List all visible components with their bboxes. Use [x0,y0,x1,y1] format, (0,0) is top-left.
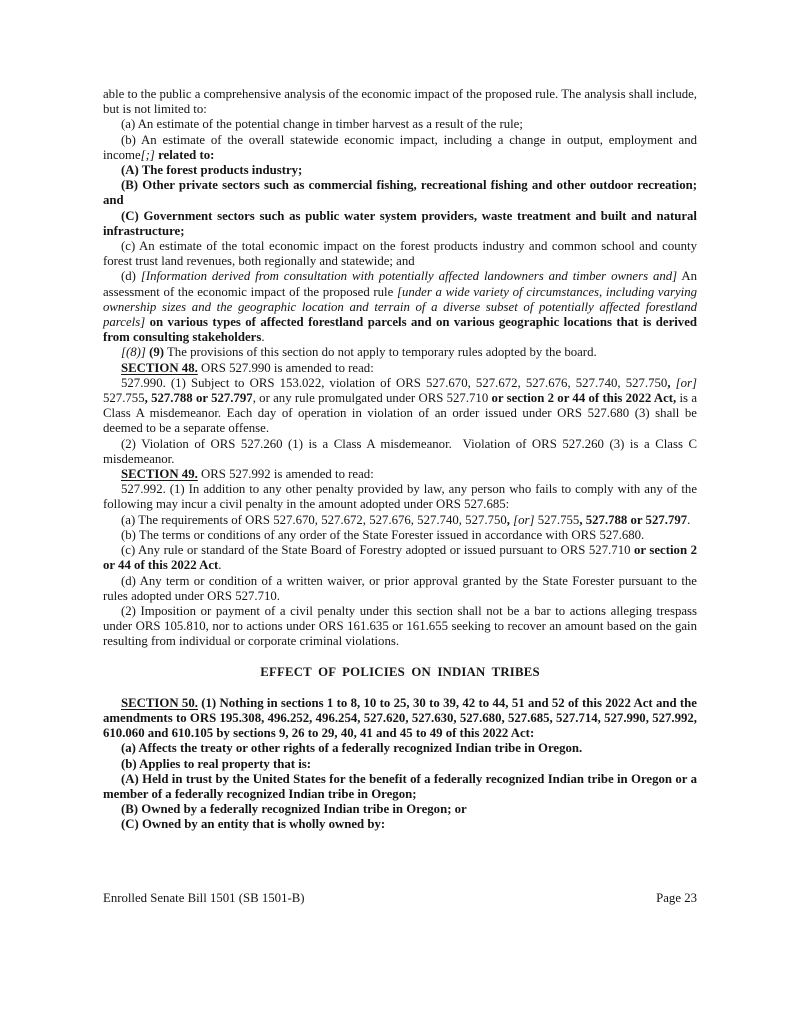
text-segment: 527.755 [103,391,145,405]
text-segment: (B) Owned by a federally recognized Indi… [121,802,467,816]
text-segment: ORS 527.992 is amended to read: [198,467,374,481]
paragraph: (b) The terms or conditions of any order… [103,528,697,543]
text-segment: (a) Affects the treaty or other rights o… [121,741,582,755]
paragraph: (c) Any rule or standard of the State Bo… [103,543,697,573]
text-segment: [or] [676,376,697,390]
paragraph: 527.990. (1) Subject to ORS 153.022, vio… [103,376,697,437]
text-segment: SECTION 50. [121,696,198,710]
text-segment: . [261,330,264,344]
text-segment: related to: [158,148,214,162]
paragraph: (a) An estimate of the potential change … [103,117,697,132]
text-segment: (a) An estimate of the potential change … [121,117,523,131]
bill-page: able to the public a comprehensive analy… [0,0,800,1035]
paragraph: (c) An estimate of the total economic im… [103,239,697,269]
text-segment: The provisions of this section do not ap… [164,345,597,359]
paragraph: (2) Imposition or payment of a civil pen… [103,604,697,650]
paragraph: (B) Owned by a federally recognized Indi… [103,802,697,817]
text-segment: on various types of affected forestland … [103,315,697,344]
text-segment: SECTION 49. [121,467,198,481]
text-segment: [(8)] [121,345,146,359]
text-segment: , or any rule promulgated under ORS 527.… [253,391,492,405]
paragraph: able to the public a comprehensive analy… [103,87,697,117]
text-segment: (c) Any rule or standard of the State Bo… [121,543,634,557]
text-segment: 527.990. (1) Subject to ORS 153.022, vio… [121,376,667,390]
text-segment: , 527.788 or 527.797 [145,391,253,405]
paragraph: SECTION 50. (1) Nothing in sections 1 to… [103,696,697,742]
text-segment: (C) Government sectors such as public wa… [103,209,697,238]
paragraph: (b) An estimate of the overall statewide… [103,133,697,163]
paragraph: (A) The forest products industry; [103,163,697,178]
footer-page-number: Page 23 [656,891,697,906]
text-segment: 527.755 [535,513,580,527]
text-segment: (9) [149,345,164,359]
text-segment: (2) Violation of ORS 527.260 (1) is a Cl… [103,437,697,466]
text-segment: [or] [513,513,534,527]
paragraph: [(8)] (9) The provisions of this section… [103,345,697,360]
text-segment: (b) Applies to real property that is: [121,757,311,771]
text-segment: (d) [121,269,141,283]
text-segment: (A) The forest products industry; [121,163,302,177]
article-heading: EFFECT OF POLICIES ON INDIAN TRIBES [103,665,697,680]
paragraph: (2) Violation of ORS 527.260 (1) is a Cl… [103,437,697,467]
text-segment: ORS 527.990 is amended to read: [198,361,374,375]
text-segment: EFFECT OF POLICIES ON INDIAN TRIBES [260,665,540,679]
paragraph: (a) The requirements of ORS 527.670, 527… [103,513,697,528]
paragraph: (B) Other private sectors such as commer… [103,178,697,208]
footer-bill-title: Enrolled Senate Bill 1501 (SB 1501-B) [103,891,305,906]
text-segment: able to the public a comprehensive analy… [103,87,697,116]
text-segment: (a) The requirements of ORS 527.670, 527… [121,513,507,527]
paragraph: (d) [Information derived from consultati… [103,269,697,345]
text-segment: (B) Other private sectors such as commer… [103,178,697,207]
paragraph: (b) Applies to real property that is: [103,757,697,772]
text-segment: . [218,558,221,572]
paragraph: SECTION 48. ORS 527.990 is amended to re… [103,361,697,376]
text-segment: SECTION 48. [121,361,198,375]
text-segment: (b) The terms or conditions of any order… [121,528,644,542]
paragraph: (A) Held in trust by the United States f… [103,772,697,802]
text-segment: or section 2 or 44 of this 2022 Act, [492,391,677,405]
text-segment: (2) Imposition or payment of a civil pen… [103,604,697,648]
paragraph: SECTION 49. ORS 527.992 is amended to re… [103,467,697,482]
page-footer: Enrolled Senate Bill 1501 (SB 1501-B) Pa… [103,891,697,906]
text-segment: [Information derived from consultation w… [141,269,677,283]
text-segment: . [687,513,690,527]
paragraph: (C) Government sectors such as public wa… [103,209,697,239]
paragraph: (a) Affects the treaty or other rights o… [103,741,697,756]
paragraph: (C) Owned by an entity that is wholly ow… [103,817,697,832]
document-body: able to the public a comprehensive analy… [103,87,697,833]
text-segment: (A) Held in trust by the United States f… [103,772,697,801]
text-segment: (C) Owned by an entity that is wholly ow… [121,817,385,831]
text-segment: (c) An estimate of the total economic im… [103,239,697,268]
text-segment: 527.992. (1) In addition to any other pe… [103,482,697,511]
paragraph: (d) Any term or condition of a written w… [103,574,697,604]
text-segment: (d) Any term or condition of a written w… [103,574,697,603]
paragraph: 527.992. (1) In addition to any other pe… [103,482,697,512]
text-segment: [;] [141,148,155,162]
text-segment: , 527.788 or 527.797 [579,513,687,527]
